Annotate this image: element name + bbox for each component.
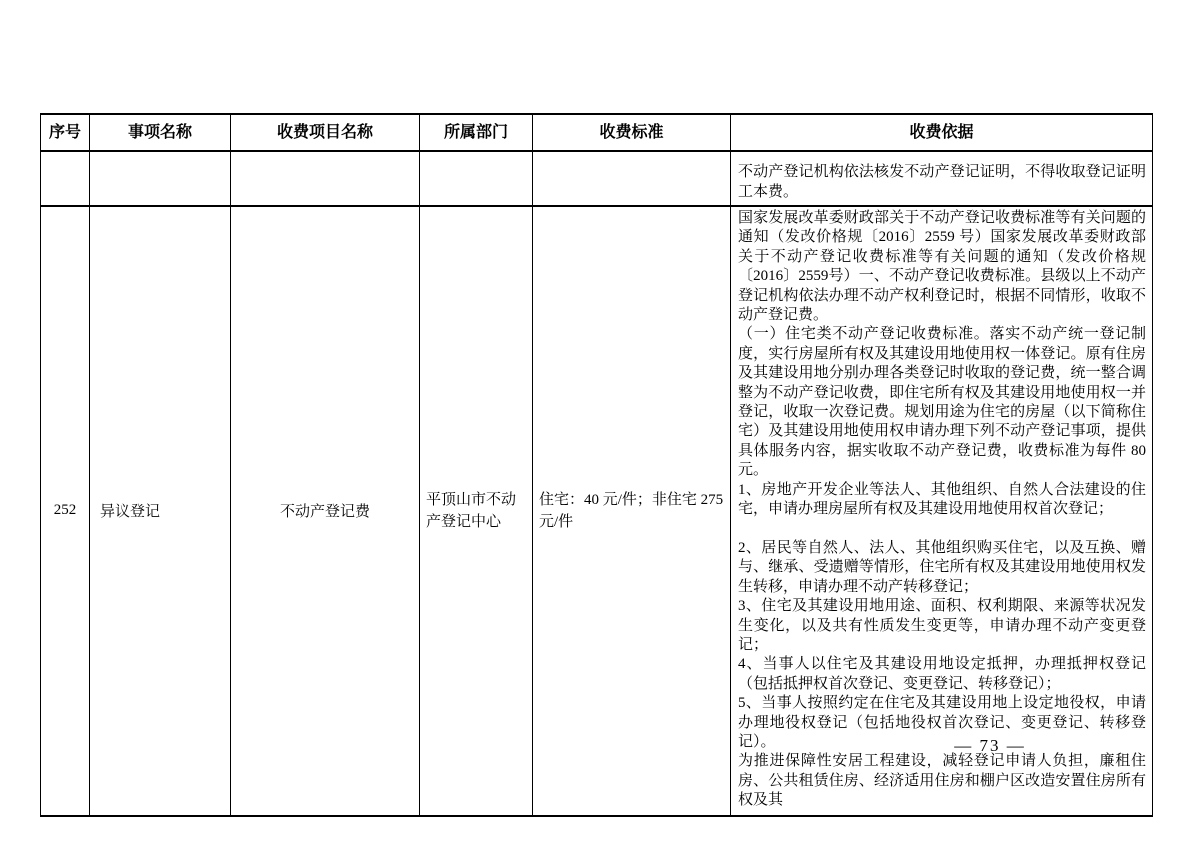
fee-basis-cell: 不动产登记机构依法核发不动产登记证明，不得收取登记证明工本费。 <box>731 151 1153 206</box>
header-department: 所属部门 <box>420 114 533 151</box>
table-row-continuation: 不动产登记机构依法核发不动产登记证明，不得收取登记证明工本费。 <box>41 151 1153 206</box>
document-page: 序号 事项名称 收费项目名称 所属部门 收费标准 收费依据 不动产登记机构依法核… <box>0 0 1200 848</box>
header-fee-item: 收费项目名称 <box>231 114 420 151</box>
header-fee-basis: 收费依据 <box>731 114 1153 151</box>
seq-cell: 252 <box>41 206 90 816</box>
fee-standard-cell: 住宅：40 元/件；非住宅 275 元/件 <box>533 206 731 816</box>
department-cell <box>420 151 533 206</box>
department-cell: 平顶山市不动产登记中心 <box>420 206 533 816</box>
fee-basis-paragraph: 3、住宅及其建设用地用途、面积、权利期限、来源等状况发生变化，以及共有性质发生变… <box>738 597 1146 655</box>
fee-basis-paragraph: 1、房地产开发企业等法人、其他组织、自然人合法建设的住宅，申请办理房屋所有权及其… <box>738 481 1146 520</box>
header-fee-standard: 收费标准 <box>533 114 731 151</box>
fee-basis-paragraph-blank <box>738 520 1146 539</box>
fee-basis-paragraph: 不动产登记机构依法核发不动产登记证明，不得收取登记证明工本费。 <box>738 163 1146 202</box>
fee-basis-paragraph: 国家发展改革委财政部关于不动产登记收费标准等有关问题的通知（发改价格规〔2016… <box>738 209 1146 325</box>
header-item-name: 事项名称 <box>90 114 231 151</box>
header-seq: 序号 <box>41 114 90 151</box>
seq-cell <box>41 151 90 206</box>
fee-basis-paragraph: 4、当事人以住宅及其建设用地设定抵押，办理抵押权登记（包括抵押权首次登记、变更登… <box>738 655 1146 694</box>
page-number: — 73 — <box>930 736 1050 756</box>
table-row-252: 252 异议登记 不动产登记费 平顶山市不动产登记中心 住宅：40 元/件；非住… <box>41 206 1153 816</box>
fee-standard-cell <box>533 151 731 206</box>
fee-schedule-table: 序号 事项名称 收费项目名称 所属部门 收费标准 收费依据 不动产登记机构依法核… <box>40 113 1153 817</box>
fee-item-cell <box>231 151 420 206</box>
fee-basis-paragraph: （一）住宅类不动产登记收费标准。落实不动产统一登记制度，实行房屋所有权及其建设用… <box>738 325 1146 480</box>
table-header-row: 序号 事项名称 收费项目名称 所属部门 收费标准 收费依据 <box>41 114 1153 151</box>
fee-basis-cell: 国家发展改革委财政部关于不动产登记收费标准等有关问题的通知（发改价格规〔2016… <box>731 206 1153 816</box>
item-name-cell: 异议登记 <box>90 206 231 816</box>
fee-basis-paragraph: 2、居民等自然人、法人、其他组织购买住宅，以及互换、赠与、继承、受遗赠等情形，住… <box>738 539 1146 597</box>
item-name-cell <box>90 151 231 206</box>
fee-basis-paragraph: 为推进保障性安居工程建设，减轻登记申请人负担，廉租住房、公共租赁住房、经济适用住… <box>738 752 1146 810</box>
fee-item-cell: 不动产登记费 <box>231 206 420 816</box>
